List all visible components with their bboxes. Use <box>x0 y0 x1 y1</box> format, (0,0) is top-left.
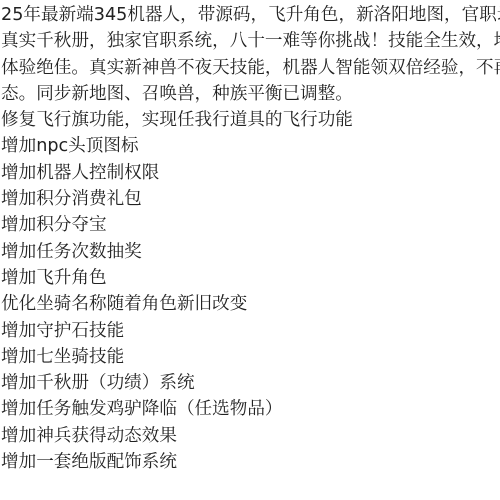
changelog-item: 优化坐骑名称随着角色新旧改变 <box>1 291 500 317</box>
changelog-item: 增加积分消费礼包 <box>1 186 500 212</box>
text-block: 25年最新端345机器人，带源码，飞升角色，新洛阳地图，官职录 真实千秋册，独家… <box>1 2 500 475</box>
changelog-item: 增加飞升角色 <box>1 265 500 291</box>
changelog-item: 增加任务次数抽奖 <box>1 239 500 265</box>
intro-line: 体验绝佳。真实新神兽不夜天技能，机器人智能领双倍经验，不再 <box>1 55 500 81</box>
changelog-item: 增加一套绝版配饰系统 <box>1 449 500 475</box>
intro-line: 态。同步新地图、召唤兽，种族平衡已调整。 <box>1 81 500 107</box>
changelog-item: 增加任务触发鸡驴降临（任选物品） <box>1 396 500 422</box>
document-page: 25年最新端345机器人，带源码，飞升角色，新洛阳地图，官职录 真实千秋册，独家… <box>0 0 500 500</box>
changelog-item: 增加npc头顶图标 <box>1 133 500 159</box>
intro-line: 真实千秋册，独家官职系统，八十一难等你挑战！技能全生效，地 <box>1 28 500 54</box>
intro-line: 25年最新端345机器人，带源码，飞升角色，新洛阳地图，官职录 <box>1 2 500 28</box>
changelog-item: 修复飞行旗功能，实现任我行道具的飞行功能 <box>1 107 500 133</box>
changelog-item: 增加积分夺宝 <box>1 212 500 238</box>
changelog-item: 增加神兵获得动态效果 <box>1 423 500 449</box>
changelog-item: 增加七坐骑技能 <box>1 344 500 370</box>
changelog-item: 增加守护石技能 <box>1 318 500 344</box>
changelog-item: 增加机器人控制权限 <box>1 160 500 186</box>
changelog-item: 增加千秋册（功绩）系统 <box>1 370 500 396</box>
